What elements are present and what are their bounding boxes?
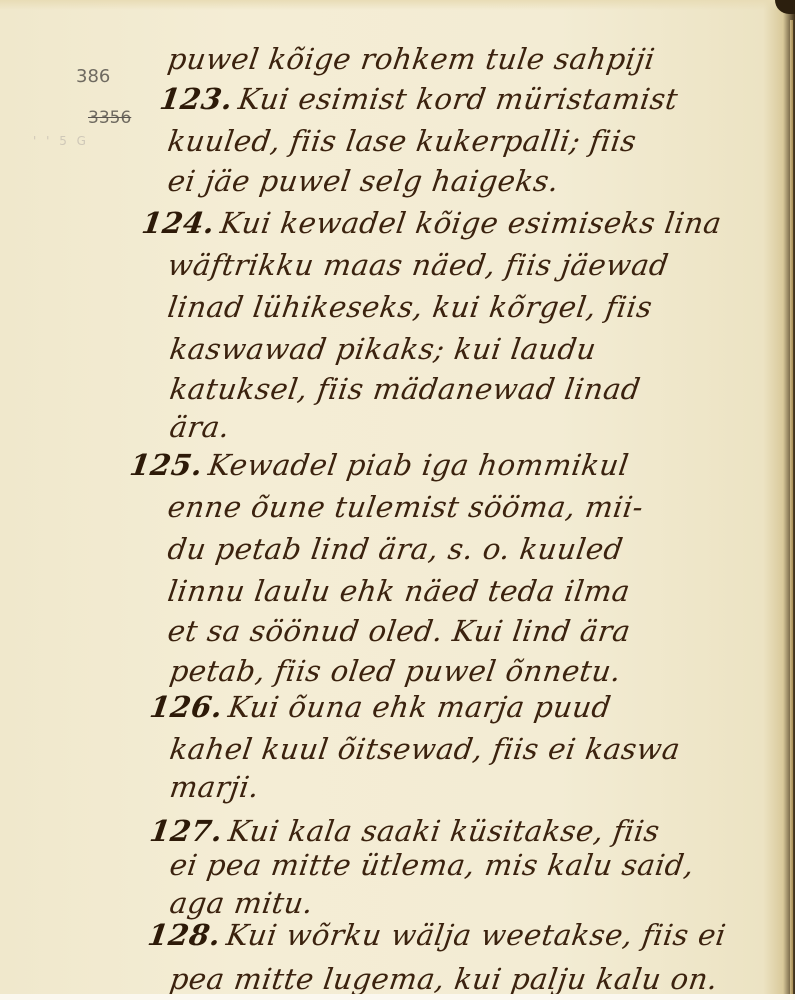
text-line: linnu laulu ehk näed teda ilma	[166, 574, 633, 608]
entry-line: 123.Kui esimist kord müristamist	[158, 82, 681, 116]
entry-line: 128.Kui wõrku wälja weetakse, fiis ei	[146, 918, 729, 952]
entry-number: 127.	[148, 814, 225, 848]
text-line: katuksel, fiis mädanewad linad	[168, 372, 643, 406]
text-line: marji.	[168, 770, 262, 804]
text-line: du petab lind ära, s. o. kuuled	[166, 532, 626, 566]
entry-number: 128.	[146, 918, 223, 952]
entry-number: 123.	[158, 82, 235, 116]
text-line: et sa söönud oled. Kui lind ära	[166, 614, 633, 648]
entry-number: 125.	[128, 448, 205, 482]
text-line: puwel kõige rohkem tule sahpiji	[166, 42, 658, 76]
archive-page-number: 386	[76, 66, 110, 87]
entry-number: 124.	[140, 206, 217, 240]
page-corner-shadow	[775, 0, 795, 14]
page-right-edge	[790, 20, 793, 1000]
entry-line: 124.Kui kewadel kõige esimiseks lina	[140, 206, 724, 240]
text-line: kaswawad pikaks; kui laudu	[168, 332, 599, 366]
text-line: kuuled, fiis lase kukerpalli; fiis	[166, 124, 639, 158]
manuscript-page: 386 3356 ' ' 5 G puwel kõige rohkem tule…	[0, 0, 795, 1000]
text-line: enne õune tulemist sööma, mii-	[166, 490, 646, 524]
entry-number: 126.	[148, 690, 225, 724]
struck-old-page-number: 3356	[88, 108, 131, 128]
text-line: ei jäe puwel selg haigeks.	[166, 164, 562, 198]
faint-stamp-mark: ' ' 5 G	[33, 134, 89, 148]
text-line: pea mitte lugema, kui palju kalu on.	[168, 962, 721, 996]
text-line: petab, fiis oled puwel õnnetu.	[168, 654, 624, 688]
entry-line: 127.Kui kala saaki küsitakse, fiis	[148, 814, 662, 848]
text-line: linad lühikeseks, kui kõrgel, fiis	[166, 290, 655, 324]
text-line: aga mitu.	[168, 886, 316, 920]
text-line: ei pea mitte ütlema, mis kalu said,	[168, 848, 697, 882]
entry-line: 125.Kewadel piab iga hommikul	[128, 448, 631, 482]
text-line: ära.	[168, 410, 232, 444]
text-line: wäftrikku maas näed, fiis jäewad	[166, 248, 671, 282]
entry-line: 126.Kui õuna ehk marja puud	[148, 690, 614, 724]
text-line: kahel kuul õitsewad, fiis ei kaswa	[168, 732, 683, 766]
